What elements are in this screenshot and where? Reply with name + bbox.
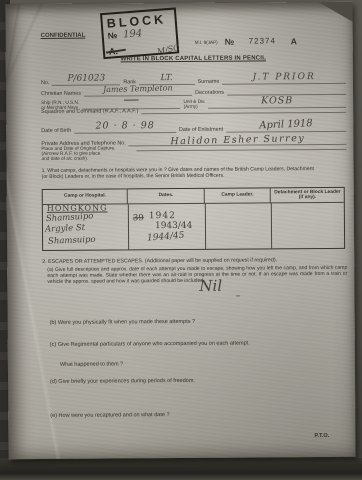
date-entry-struck: 39 [133,213,144,223]
question-2d: (d) Give briefly your experiences during… [50,378,195,385]
form-ref-no-sign: № [225,37,235,47]
date-entry: 1943/44 [155,221,192,231]
camps-table-body: HONGKONG Shamsuipo Argyle St Shamsuipo 3… [43,203,344,250]
pencil-instruction: WRITE IN BLOCK CAPITAL LETTERS IN PENCIL [66,55,321,63]
question-2c-followup: What happened to them ? [60,361,123,368]
form-ref-letter: A [291,36,297,46]
date-entry: 1944/45 [147,231,185,244]
question-2-heading: 2. ESCAPES OR ATTEMPTED ESCAPES. (Additi… [42,257,277,265]
camp-entry: Shamsuipo [46,211,94,224]
question-2b: (b) Were you physically fit when you mad… [50,319,195,326]
answer-nil-dash: – [235,291,240,302]
question-2a: (a) Give full description and approx. da… [47,266,347,286]
camps-table: Camp or Hospital. Dates. Camp Leader. De… [42,187,345,251]
pto-marking: P.T.O. [314,433,329,439]
question-2e: (e) How were you recaptured and on what … [50,412,169,419]
col-camp-leader: Camp Leader. [205,188,272,203]
block-number-stamp: BLOCK № 194 A. M/SC [100,7,179,59]
torn-corner [318,2,352,22]
question-2c: (c) Give Regimental particulars of anyon… [50,341,250,349]
answer-nil: Nil [199,277,222,295]
form-serial-number: 72374 [249,36,276,45]
stamp-struck-letter: A. [109,46,119,57]
capture-label: Place and Date of Original Capture. (Air… [41,145,115,161]
camp-entry: Argyle St [45,223,86,235]
col-camp-or-hospital: Camp or Hospital. [43,189,129,205]
scanned-pow-questionnaire: CONFIDENTIAL BLOCK № 194 A. M/SC M.I. 9(… [0,0,362,480]
capture-field [136,142,346,151]
form-paper: CONFIDENTIAL BLOCK № 194 A. M/SC M.I. 9(… [5,2,355,459]
stamp-block-number: 194 [123,28,143,40]
question-1: 1. What camps, detachments or hospitals … [42,167,348,181]
col-dates: Dates. [128,189,205,205]
stamp-annotation: M/SC [156,43,180,57]
confidential-marking: CONFIDENTIAL [41,33,86,39]
backdrop-floor [0,458,362,480]
stamp-no-sign: № [107,30,117,41]
form-ref-prefix: M.I. 9(JAP) [195,40,218,45]
col-detachment-leader: Detachment or Block Leader (if any). [271,188,344,204]
camp-entry: Shamsuipo [48,235,96,247]
date-entry: 1942 [149,211,176,221]
